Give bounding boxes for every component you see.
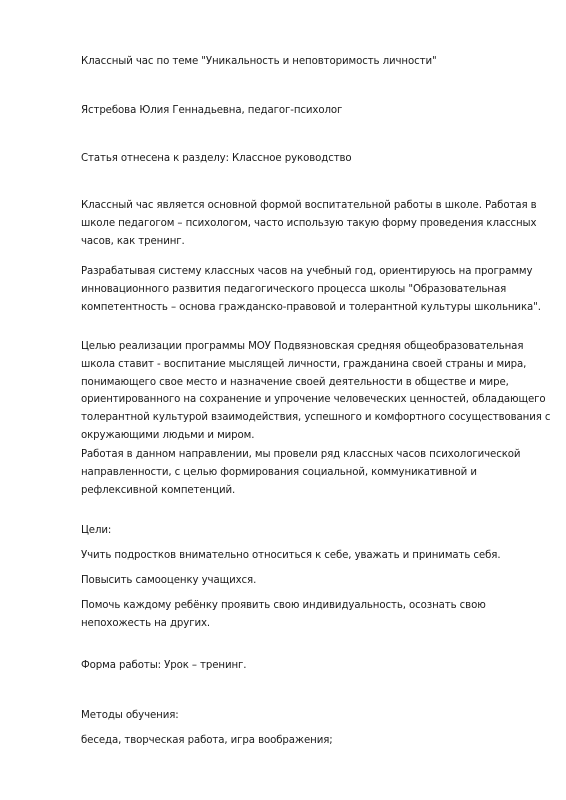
methods-line: беседа, творческая работа, игра воображе… bbox=[81, 732, 551, 750]
author-line: Ястребова Юлия Геннадьевна, педагог-псих… bbox=[81, 102, 551, 120]
section-line: Статья отнесена к разделу: Классное руко… bbox=[81, 150, 551, 168]
goals-heading: Цели: bbox=[81, 522, 551, 540]
paragraph-goal-of-program: Целью реализации программы МОУ Подвязнов… bbox=[81, 338, 551, 445]
paragraph-intro: Классный час является основной формой во… bbox=[81, 197, 551, 250]
work-form-line: Форма работы: Урок – тренинг. bbox=[81, 657, 551, 675]
paragraph-direction: Работая в данном направлении, мы провели… bbox=[81, 446, 551, 499]
goal-item: Учить подростков внимательно относиться … bbox=[81, 547, 551, 565]
methods-heading: Методы обучения: bbox=[81, 707, 551, 725]
paragraph-program: Разрабатывая систему классных часов на у… bbox=[81, 263, 551, 316]
goal-item: Помочь каждому ребёнку проявить свою инд… bbox=[81, 597, 551, 633]
document-title: Классный час по теме "Уникальность и неп… bbox=[81, 53, 551, 71]
goal-item: Повысить самооценку учащихся. bbox=[81, 572, 551, 590]
